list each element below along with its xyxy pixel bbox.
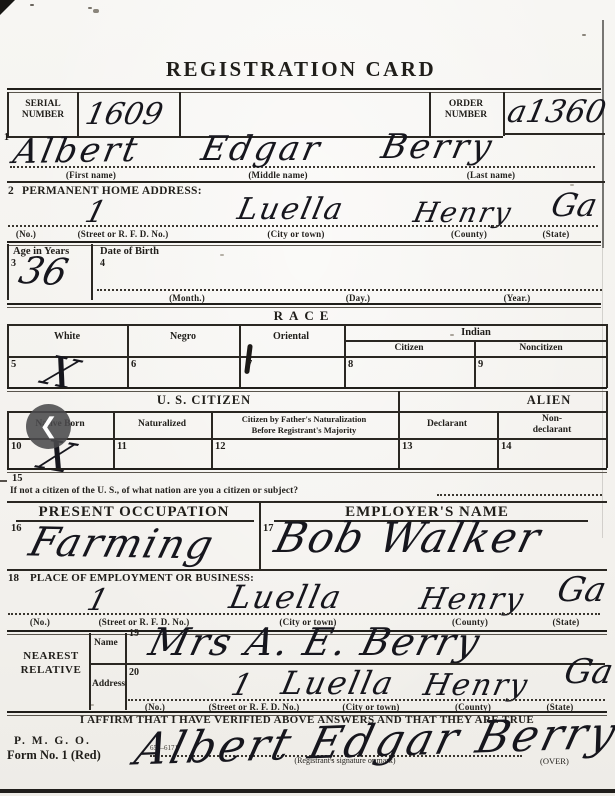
alien-header: ALIEN [527,393,572,408]
occupation-value: Farming [24,519,220,568]
age-value: 36 [15,249,73,294]
table-border [125,633,127,710]
table-border [7,438,607,440]
occupation-header: PRESENT OCCUPATION [39,504,230,521]
dob-day-label: (Day.) [346,293,370,303]
employment-state-value: Ga [554,570,610,610]
rule [7,501,607,503]
margin-tick [0,480,7,482]
order-number-value: a1360 [504,94,609,130]
table-border [7,411,9,468]
pmgo-label: P. M. G. O. [14,735,91,747]
occupation-number: 16 [11,523,22,534]
nondeclarant-number: 14 [501,441,512,452]
race-negro-number: 6 [131,359,136,370]
race-header: RACE [274,308,335,324]
name-row-number: 1 [4,132,9,143]
nondeclarant-label: Non- declarant [533,414,572,437]
home-address-city-value: Luella [234,192,348,227]
us-citizen-header: U. S. CITIZEN [157,393,251,408]
home-address-street-label: (Street or R. F. D. No.) [78,229,169,239]
serial-number-value: 1609 [82,97,166,132]
middle-name-value: Edgar [198,129,326,169]
table-border [398,391,400,468]
order-number-label: ORDER NUMBER [445,99,487,122]
middle-name-label: (Middle name) [248,170,307,180]
relative-address-city-value: Luella [278,664,398,702]
relative-name-value: Mrs A. E. Berry [145,620,486,664]
native-born-number: 10 [11,441,22,452]
race-indian-citizen-number: 8 [348,359,353,370]
home-address-county-label: (County) [451,229,487,239]
dob-month-label: (Month.) [169,293,205,303]
box-border [7,92,9,136]
nearest-relative-label: NEAREST RELATIVE [21,650,82,678]
table-border [211,411,213,468]
nondeclarant-label-line2: declarant [533,425,572,436]
race-indian-noncitizen-label: Noncitizen [519,343,562,353]
declarant-number: 13 [402,441,413,452]
home-address-label: PERMANENT HOME ADDRESS: [22,185,202,197]
rule [7,241,601,246]
rule [7,468,607,473]
first-name-label: (First name) [66,170,116,180]
rule [7,387,607,392]
dob-dotted-line [97,289,602,291]
employment-label: PLACE OF EMPLOYMENT OR BUSINESS: [30,572,254,584]
employment-dotted-line [8,613,600,615]
rule [7,181,605,183]
employment-number: 18 [8,572,19,584]
table-border [113,411,115,468]
table-border [497,411,499,468]
scanned-registration-card-page: { "colors": {"ink": "#201e1a", "paper": … [0,0,615,796]
box-border [179,92,181,136]
nearest-relative-label-line2: RELATIVE [21,664,82,678]
box-border [91,244,93,300]
employment-city-value: Luella [226,578,346,616]
relative-address-number: 20 [129,667,139,678]
nation-question: If not a citizen of the U. S., of what n… [10,486,298,496]
father-naturalization-label-line2: Before Registrant's Majority [242,425,366,436]
last-name-label: (Last name) [467,170,515,180]
relative-address-county-value: Henry [420,668,532,703]
employer-value: Bob Walker [270,513,547,562]
scan-bottom-bar [0,789,615,793]
race-white-label: White [54,331,80,342]
employment-no-label: (No.) [30,617,50,627]
home-address-state-label: (State) [543,229,570,239]
nondeclarant-label-line1: Non- [533,414,572,425]
relative-address-label: Address [92,679,125,689]
previous-image-button[interactable]: ❮ [26,404,71,449]
table-border [7,356,607,358]
order-label-line2: NUMBER [445,110,487,121]
race-white-number: 5 [11,359,16,370]
home-address-number: 2 [8,185,14,197]
order-label-line1: ORDER [445,99,487,110]
relative-dotted-line [128,699,605,701]
serial-label-line2: NUMBER [22,110,64,121]
home-address-dotted-line [8,225,598,227]
relative-name-label: Name [94,638,118,648]
relative-name-number: 19 [129,628,139,639]
race-negro-label: Negro [170,331,196,342]
father-naturalization-number: 12 [215,441,226,452]
home-address-no-label: (No.) [16,229,36,239]
serial-label-line1: SERIAL [22,99,64,110]
first-name-value: Albert [10,130,143,172]
dob-number: 4 [100,258,105,269]
nation-dotted-line [437,494,602,496]
box-border [7,244,9,300]
column-divider [259,503,261,570]
relative-address-no-value: 1 [227,668,255,703]
rule [7,88,601,93]
home-address-city-label: (City or town) [267,229,324,239]
father-naturalization-label: Citizen by Father's Naturalization Befor… [242,414,366,435]
table-border [606,391,608,468]
dob-year-label: (Year.) [504,293,531,303]
rule [7,569,607,571]
table-border [7,411,607,413]
father-naturalization-label-line1: Citizen by Father's Naturalization [242,414,366,425]
race-indian-citizen-label: Citizen [394,343,423,353]
table-border [7,324,607,326]
age-number: 3 [11,258,16,269]
table-border [89,633,91,710]
nation-row-number: 15 [12,473,23,484]
declarant-label: Declarant [427,419,467,429]
scan-noise-specks [30,4,34,6]
employer-number: 17 [263,523,274,534]
race-indian-header: Indian [461,327,491,338]
last-name-value: Berry [378,127,498,167]
home-address-state-value: Ga [548,186,601,224]
serial-number-label: SERIAL NUMBER [22,99,64,122]
chevron-left-icon: ❮ [39,414,57,439]
race-indian-noncitizen-number: 9 [478,359,483,370]
form-number-label: Form No. 1 (Red) [7,748,101,763]
relative-address-state-value: Ga [561,652,615,692]
scan-corner-artifact [0,0,15,15]
naturalized-label: Naturalized [138,419,186,429]
employment-state-label: (State) [553,617,580,627]
race-oriental-label: Oriental [273,331,309,342]
scan-edge-line-faint [602,248,603,538]
card-title: REGISTRATION CARD [166,57,436,82]
dob-label: Date of Birth [100,246,159,257]
naturalized-number: 11 [117,441,127,452]
nearest-relative-label-line1: NEAREST [21,650,82,664]
table-border [474,340,476,388]
order-underline [505,133,605,135]
employment-county-value: Henry [416,582,528,617]
box-border [77,92,79,136]
